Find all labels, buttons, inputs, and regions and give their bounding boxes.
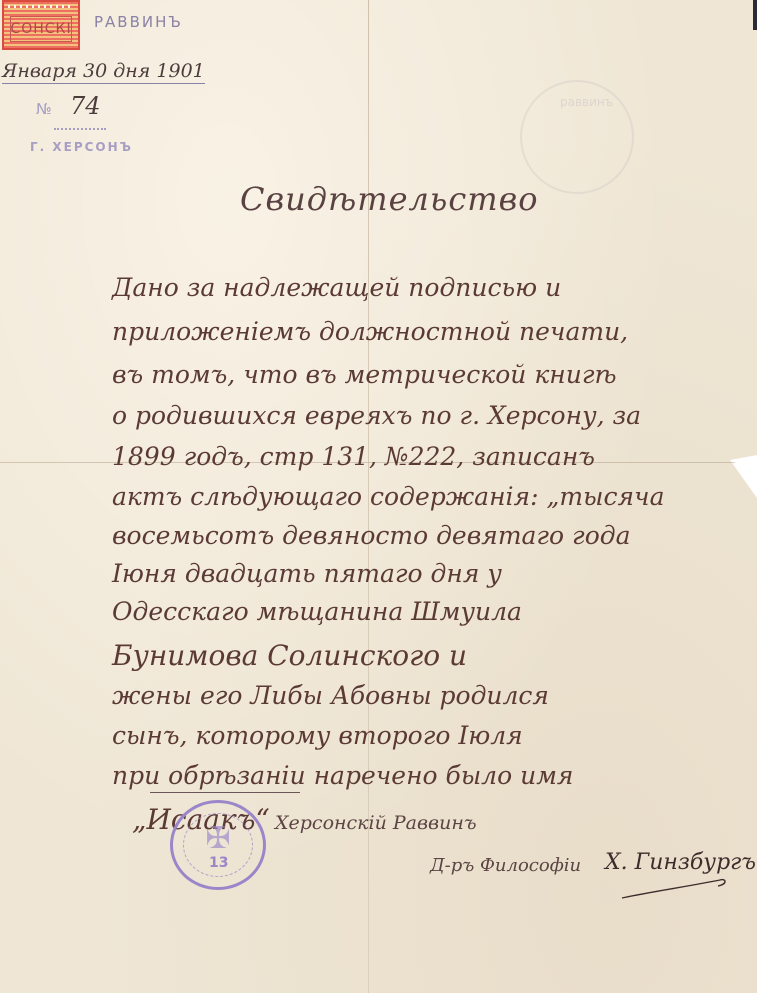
stamp-perforation: [8, 5, 74, 8]
signatory-title: Херсонскiй Раввинъ: [275, 812, 477, 834]
seal-number: 13: [209, 855, 228, 871]
scan-edge: [753, 0, 757, 30]
signatory-degree: Д-ръ Философiи: [430, 855, 581, 876]
reverse-side-text-showthrough: раввинъ: [560, 95, 613, 109]
revenue-stamp-text: СОНСКІ: [10, 16, 72, 42]
revenue-stamp: СОНСКІ: [2, 0, 80, 50]
letterhead-city: Г. ХЕРСОНЪ: [30, 140, 133, 154]
issue-date: Января 30 дня 1901: [2, 60, 205, 84]
document-number: 74: [70, 92, 101, 120]
number-label: №: [36, 100, 52, 118]
signature-flourish-icon: [620, 878, 730, 900]
letterhead-title: РАВВИНЪ: [94, 13, 183, 31]
signatory-name: Х. Гинзбургъ: [605, 850, 756, 875]
official-seal: ✠ 13: [170, 800, 266, 890]
document-title: Свидѣтельство: [240, 180, 538, 218]
name-underline: [150, 792, 300, 793]
eagle-emblem-icon: ✠: [173, 821, 263, 856]
number-underline: [54, 128, 106, 133]
